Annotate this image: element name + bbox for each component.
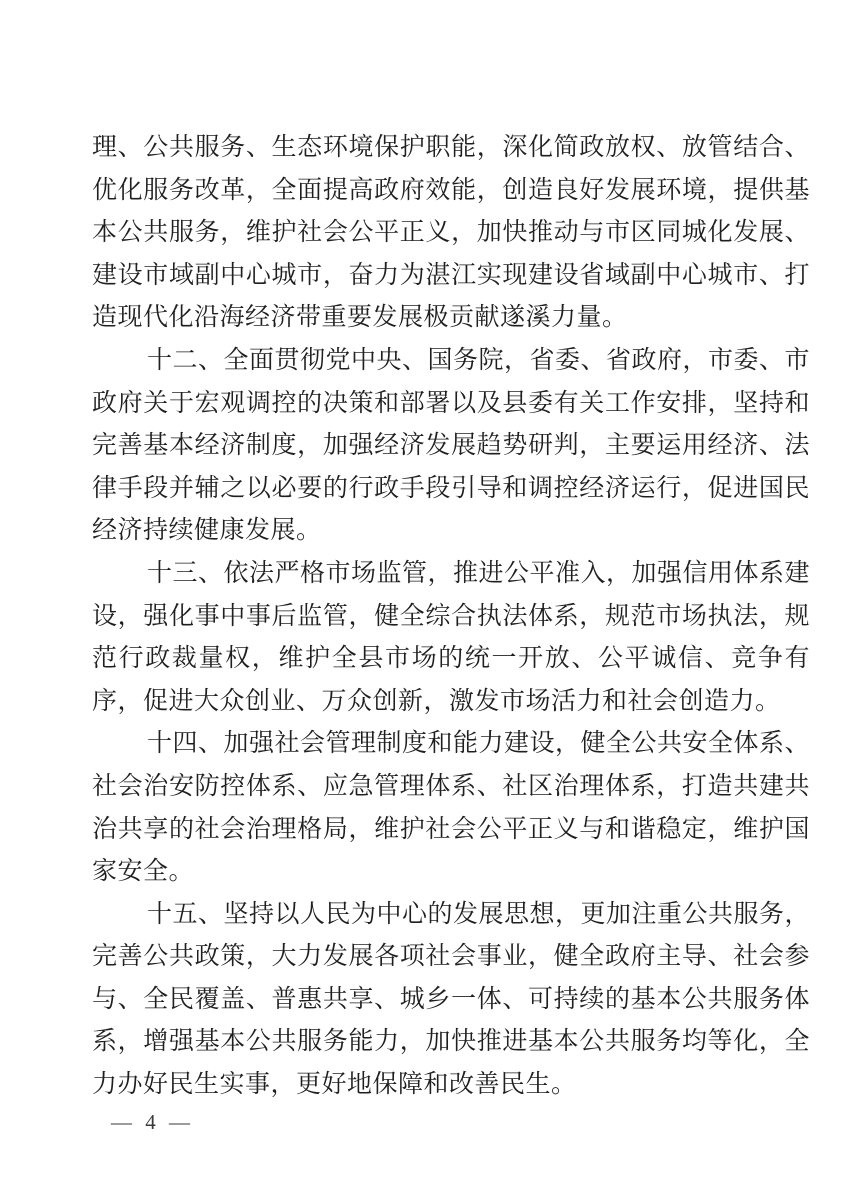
document-body: 理、公共服务、生态环境保护职能，深化简政放权、放管结合、优化服务改革，全面提高政… xyxy=(92,127,810,1107)
document-page: 理、公共服务、生态环境保护职能，深化简政放权、放管结合、优化服务改革，全面提高政… xyxy=(0,0,850,1200)
page-number: — 4 — xyxy=(111,1110,194,1135)
body-paragraph-item-13: 十三、依法严格市场监管，推进公平准入，加强信用体系建设，强化事中事后监管，健全综… xyxy=(92,553,810,723)
body-paragraph-item-12: 十二、全面贯彻党中央、国务院，省委、省政府，市委、市政府关于宏观调控的决策和部署… xyxy=(92,340,810,553)
body-paragraph-continuation: 理、公共服务、生态环境保护职能，深化简政放权、放管结合、优化服务改革，全面提高政… xyxy=(92,127,810,340)
body-paragraph-item-14: 十四、加强社会管理制度和能力建设，健全公共安全体系、社会治安防控体系、应急管理体… xyxy=(92,723,810,893)
body-paragraph-item-15: 十五、坚持以人民为中心的发展思想，更加注重公共服务，完善公共政策，大力发展各项社… xyxy=(92,894,810,1107)
